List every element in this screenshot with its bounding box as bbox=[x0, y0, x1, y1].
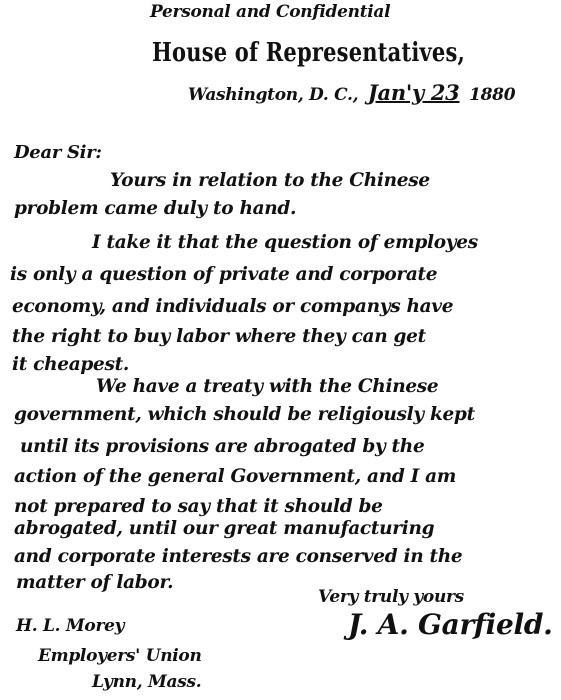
body-line: problem came duly to hand. bbox=[14, 198, 296, 219]
addressee-organization: Employers' Union bbox=[38, 646, 202, 666]
year: 1880 bbox=[469, 85, 515, 105]
body-line: We have a treaty with the Chinese bbox=[96, 376, 438, 397]
body-line: is only a question of private and corpor… bbox=[10, 264, 437, 285]
date: Jan'y 23 bbox=[364, 80, 464, 105]
body-line: government, which should be religiously … bbox=[14, 404, 475, 425]
body-line: Yours in relation to the Chinese bbox=[110, 170, 430, 191]
salutation: Dear Sir: bbox=[14, 142, 102, 163]
addressee-name: H. L. Morey bbox=[16, 616, 124, 636]
letterhead-title: House of Representatives, bbox=[152, 36, 465, 67]
body-line: abrogated, until our great manufacturing bbox=[14, 518, 434, 539]
addressee-location: Lynn, Mass. bbox=[92, 672, 201, 692]
signature: J. A. Garfield. bbox=[348, 608, 553, 641]
body-line: action of the general Government, and I … bbox=[14, 466, 456, 487]
letter-page: Personal and Confidential House of Repre… bbox=[0, 0, 561, 700]
dateline: Washington, D. C., Jan'y 23 1880 bbox=[188, 80, 515, 105]
body-line: I take it that the question of employes bbox=[92, 232, 478, 253]
body-line: it cheapest. bbox=[12, 354, 129, 375]
body-line: and corporate interests are conserved in… bbox=[14, 546, 462, 567]
body-line: economy, and individuals or companys hav… bbox=[12, 296, 453, 317]
body-line: matter of labor. bbox=[16, 572, 173, 593]
body-line: not prepared to say that it should be bbox=[14, 496, 383, 517]
confidential-marking: Personal and Confidential bbox=[150, 2, 390, 22]
body-line: the right to buy labor where they can ge… bbox=[12, 326, 426, 347]
closing: Very truly yours bbox=[318, 587, 464, 607]
body-line: until its provisions are abrogated by th… bbox=[20, 436, 424, 457]
place: Washington, D. C., bbox=[188, 85, 358, 105]
